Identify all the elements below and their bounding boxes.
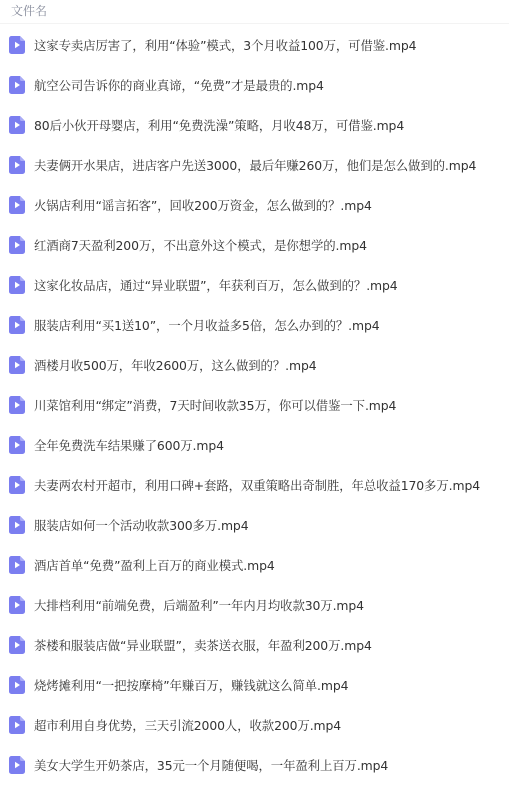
video-file-icon (9, 516, 25, 534)
file-name: 川菜馆利用“绑定”消费，7天时间收款35万，你可以借鉴一下.mp4 (34, 396, 396, 414)
file-row[interactable]: 服装店利用“买1送10”，一个月收益多5倍，怎么办到的？.mp4 (0, 305, 509, 345)
video-file-icon (9, 36, 25, 54)
video-file-icon (9, 396, 25, 414)
file-name: 红酒商7天盈利200万，不出意外这个模式，是你想学的.mp4 (34, 236, 367, 254)
file-name: 夫妻俩开水果店，进店客户先送3000，最后年赚260万，他们是怎么做到的.mp4 (34, 156, 476, 174)
file-name: 80后小伙开母婴店，利用“免费洗澡”策略，月收48万，可借鉴.mp4 (34, 116, 404, 134)
file-name: 这家化妆品店，通过“异业联盟”，年获利百万，怎么做到的？.mp4 (34, 276, 398, 294)
video-file-icon (9, 196, 25, 214)
video-file-icon (9, 116, 25, 134)
video-file-icon (9, 476, 25, 494)
file-row[interactable]: 红酒商7天盈利200万，不出意外这个模式，是你想学的.mp4 (0, 225, 509, 265)
file-row[interactable]: 酒店首单“免费”盈利上百万的商业模式.mp4 (0, 545, 509, 585)
file-row[interactable]: 酒楼月收500万，年收2600万，这么做到的？.mp4 (0, 345, 509, 385)
file-row[interactable]: 火锅店利用“谣言拓客”，回收200万资金，怎么做到的？.mp4 (0, 185, 509, 225)
video-file-icon (9, 596, 25, 614)
video-file-icon (9, 436, 25, 454)
video-file-icon (9, 316, 25, 334)
file-name: 服装店如何一个活动收款300多万.mp4 (34, 516, 249, 534)
file-row[interactable]: 服装店如何一个活动收款300多万.mp4 (0, 505, 509, 545)
file-row[interactable]: 美女大学生开奶茶店，35元一个月随便喝，一年盈利上百万.mp4 (0, 745, 509, 785)
column-header-label: 文件名 (11, 4, 47, 18)
file-row[interactable]: 茶楼和服装店做“异业联盟”，卖茶送衣服，年盈利200万.mp4 (0, 625, 509, 665)
video-file-icon (9, 756, 25, 774)
file-row[interactable]: 夫妻两农村开超市，利用口碑+套路，双重策略出奇制胜，年总收益170多万.mp4 (0, 465, 509, 505)
video-file-icon (9, 676, 25, 694)
file-row[interactable]: 这家专卖店厉害了，利用“体验”模式，3个月收益100万，可借鉴.mp4 (0, 25, 509, 65)
file-row[interactable]: 航空公司告诉你的商业真谛，“免费”才是最贵的.mp4 (0, 65, 509, 105)
file-name: 大排档利用“前端免费，后端盈利”一年内月均收款30万.mp4 (34, 596, 364, 614)
file-row[interactable]: 夫妻俩开水果店，进店客户先送3000，最后年赚260万，他们是怎么做到的.mp4 (0, 145, 509, 185)
file-name: 火锅店利用“谣言拓客”，回收200万资金，怎么做到的？.mp4 (34, 196, 372, 214)
video-file-icon (9, 156, 25, 174)
file-row[interactable]: 超市利用自身优势，三天引流2000人，收款200万.mp4 (0, 705, 509, 745)
file-name: 烧烤摊利用“一把按摩椅”年赚百万，赚钱就这么简单.mp4 (34, 676, 348, 694)
video-file-icon (9, 556, 25, 574)
file-row[interactable]: 烧烤摊利用“一把按摩椅”年赚百万，赚钱就这么简单.mp4 (0, 665, 509, 705)
file-name: 夫妻两农村开超市，利用口碑+套路，双重策略出奇制胜，年总收益170多万.mp4 (34, 476, 480, 494)
file-name: 服装店利用“买1送10”，一个月收益多5倍，怎么办到的？.mp4 (34, 316, 380, 334)
file-name: 超市利用自身优势，三天引流2000人，收款200万.mp4 (34, 716, 341, 734)
file-name: 酒楼月收500万，年收2600万，这么做到的？.mp4 (34, 356, 317, 374)
video-file-icon (9, 716, 25, 734)
file-name: 这家专卖店厉害了，利用“体验”模式，3个月收益100万，可借鉴.mp4 (34, 36, 416, 54)
file-name: 航空公司告诉你的商业真谛，“免费”才是最贵的.mp4 (34, 76, 324, 94)
video-file-icon (9, 276, 25, 294)
file-row[interactable]: 大排档利用“前端免费，后端盈利”一年内月均收款30万.mp4 (0, 585, 509, 625)
file-row[interactable]: 川菜馆利用“绑定”消费，7天时间收款35万，你可以借鉴一下.mp4 (0, 385, 509, 425)
column-header-filename[interactable]: 文件名 (0, 0, 509, 24)
video-file-icon (9, 356, 25, 374)
file-list: 这家专卖店厉害了，利用“体验”模式，3个月收益100万，可借鉴.mp4 航空公司… (0, 25, 509, 785)
file-name: 全年免费洗车结果赚了600万.mp4 (34, 436, 224, 454)
file-name: 美女大学生开奶茶店，35元一个月随便喝，一年盈利上百万.mp4 (34, 756, 388, 774)
file-name: 酒店首单“免费”盈利上百万的商业模式.mp4 (34, 556, 275, 574)
video-file-icon (9, 636, 25, 654)
file-row[interactable]: 全年免费洗车结果赚了600万.mp4 (0, 425, 509, 465)
file-row[interactable]: 这家化妆品店，通过“异业联盟”，年获利百万，怎么做到的？.mp4 (0, 265, 509, 305)
file-row[interactable]: 80后小伙开母婴店，利用“免费洗澡”策略，月收48万，可借鉴.mp4 (0, 105, 509, 145)
video-file-icon (9, 236, 25, 254)
file-name: 茶楼和服装店做“异业联盟”，卖茶送衣服，年盈利200万.mp4 (34, 636, 372, 654)
video-file-icon (9, 76, 25, 94)
